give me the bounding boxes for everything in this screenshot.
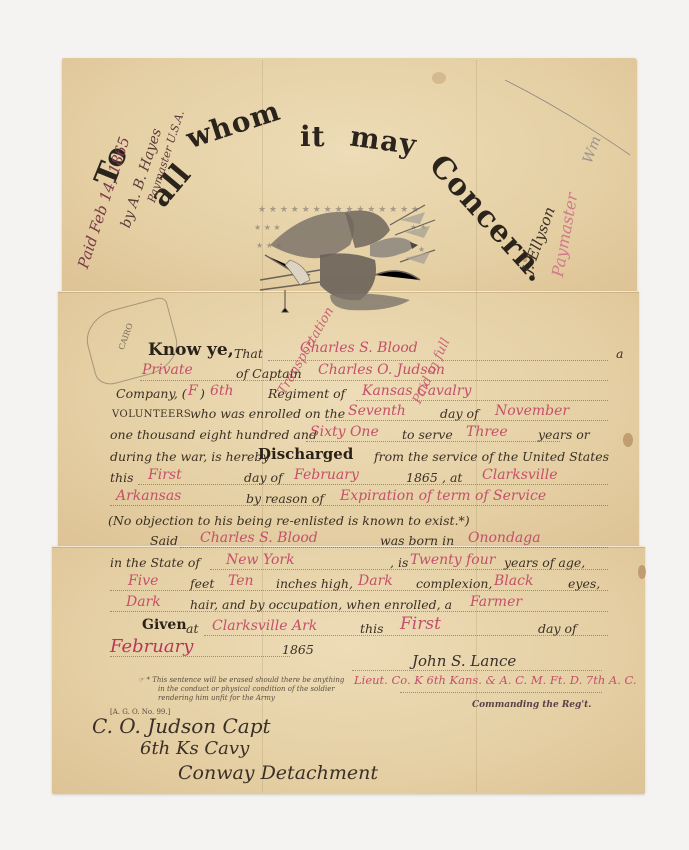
given-heading: Given: [142, 617, 187, 633]
svg-text:★ ★ ★: ★ ★ ★: [254, 223, 281, 232]
print-text: during the war, is hereby: [110, 449, 269, 464]
print-text: day of: [440, 406, 479, 421]
print-text: at: [186, 621, 198, 636]
complexion: Dark: [358, 573, 393, 589]
print-text: Said: [150, 533, 178, 548]
discharge-certificate: To all whom it may Concern. ★ ★ ★ ★ ★ ★ …: [0, 0, 689, 850]
regiment-name: Kansas Cavalry: [362, 383, 471, 399]
footnote-line: rendering him unfit for the Army: [138, 694, 344, 703]
print-text: Company, (: [116, 386, 187, 401]
discharge-reason: Expiration of term of Service: [340, 488, 546, 504]
fill-line: [352, 670, 602, 671]
footnote-line: in the conduct or physical condition of …: [138, 685, 344, 694]
stain: [638, 565, 646, 579]
endorsement-line: C. O. Judson Capt: [92, 714, 271, 738]
print-text: 1865: [406, 470, 438, 485]
print-text: (No objection to his being re-enlisted i…: [108, 513, 470, 528]
print-text: years of age,: [504, 555, 585, 570]
endorsement-line: Conway Detachment: [178, 762, 378, 784]
birth-county: Onondaga: [468, 530, 541, 546]
signer-title: Lieut. Co. K 6th Kans. & A. C. M. Ft. D.…: [354, 673, 637, 687]
print-text: this: [360, 621, 384, 636]
print-text: in the State of: [110, 555, 200, 570]
height-feet: Five: [128, 573, 158, 589]
print-text: by reason of: [246, 491, 324, 506]
term-years: Three: [466, 424, 508, 440]
print-text: a: [616, 346, 623, 361]
enrolled-month: November: [495, 403, 569, 419]
print-text: complexion,: [416, 576, 492, 591]
print-text: feet: [190, 576, 214, 591]
commander-signature: John S. Lance: [412, 652, 516, 670]
fill-line: [140, 380, 608, 381]
print-text: Regiment of: [268, 386, 345, 401]
given-day: First: [400, 614, 441, 634]
hair-color: Dark: [126, 594, 161, 610]
footnote-line: ☞ * This sentence will be erased should …: [138, 676, 344, 685]
print-text: , at: [442, 470, 462, 485]
regiment-number: 6th: [210, 383, 234, 399]
footnote: ☞ * This sentence will be erased should …: [138, 676, 344, 703]
print-text: of Captain: [236, 366, 302, 381]
print-text: ): [200, 386, 205, 401]
soldier-name: Charles S. Blood: [300, 340, 418, 356]
discharge-state: Arkansas: [116, 488, 181, 504]
commanding-label: Commanding the Reg't.: [472, 700, 591, 710]
said-name: Charles S. Blood: [200, 530, 318, 546]
print-text: VOLUNTEERS: [112, 409, 191, 420]
print-text: was born in: [380, 533, 454, 548]
fill-line: [110, 505, 608, 506]
occupation: Farmer: [470, 594, 522, 610]
print-text: who was enrolled on the: [190, 406, 345, 421]
print-text: inches high,: [276, 576, 353, 591]
fill-line: [400, 692, 602, 693]
pencil-mark-icon: [505, 70, 635, 160]
print-text: one thousand eight hundred and: [110, 427, 317, 442]
print-text: to serve: [402, 427, 453, 442]
print-text: eyes,: [568, 576, 600, 591]
eagle-engraving-icon: ★ ★ ★ ★ ★ ★ ★ ★ ★ ★ ★ ★ ★ ★ ★ ★ ★ ★ ★ ★ …: [250, 190, 450, 315]
fill-line: [356, 400, 608, 401]
eye-color: Black: [494, 573, 533, 589]
print-text: from the service of the United States: [374, 449, 609, 464]
age: Twenty four: [410, 552, 495, 568]
discharged-heading: Discharged: [258, 445, 353, 463]
fill-line: [268, 360, 608, 361]
know-ye-heading: Know ye,: [148, 340, 234, 360]
captain-name: Charles O. Judson: [318, 362, 445, 378]
enrolled-day: Seventh: [348, 403, 406, 419]
print-text: 1865: [282, 642, 314, 657]
fill-line: [138, 484, 608, 485]
heading-word: it: [300, 120, 326, 153]
print-text: this: [110, 470, 134, 485]
print-text: day of: [538, 621, 577, 636]
company-letter: F: [188, 383, 198, 399]
endorsement-line: 6th Ks Cavy: [140, 738, 249, 759]
fill-line: [110, 590, 608, 591]
discharge-day: First: [148, 467, 182, 483]
stain: [623, 433, 633, 447]
print-text: That: [234, 346, 263, 361]
print-text: day of: [244, 470, 283, 485]
discharge-place: Clarksville: [482, 467, 558, 483]
given-place: Clarksville Ark: [212, 618, 317, 634]
rank: Private: [142, 362, 193, 378]
stain: [432, 72, 446, 84]
discharge-month: February: [294, 467, 359, 483]
print-text: , is: [390, 555, 408, 570]
print-text: years or: [538, 427, 590, 442]
svg-text:★: ★: [418, 245, 425, 254]
enrolled-year: Sixty One: [310, 424, 379, 440]
height-inches: Ten: [228, 573, 254, 589]
print-text: hair, and by occupation, when enrolled, …: [190, 597, 452, 612]
birth-state: New York: [226, 552, 295, 568]
given-month: February: [110, 636, 193, 657]
